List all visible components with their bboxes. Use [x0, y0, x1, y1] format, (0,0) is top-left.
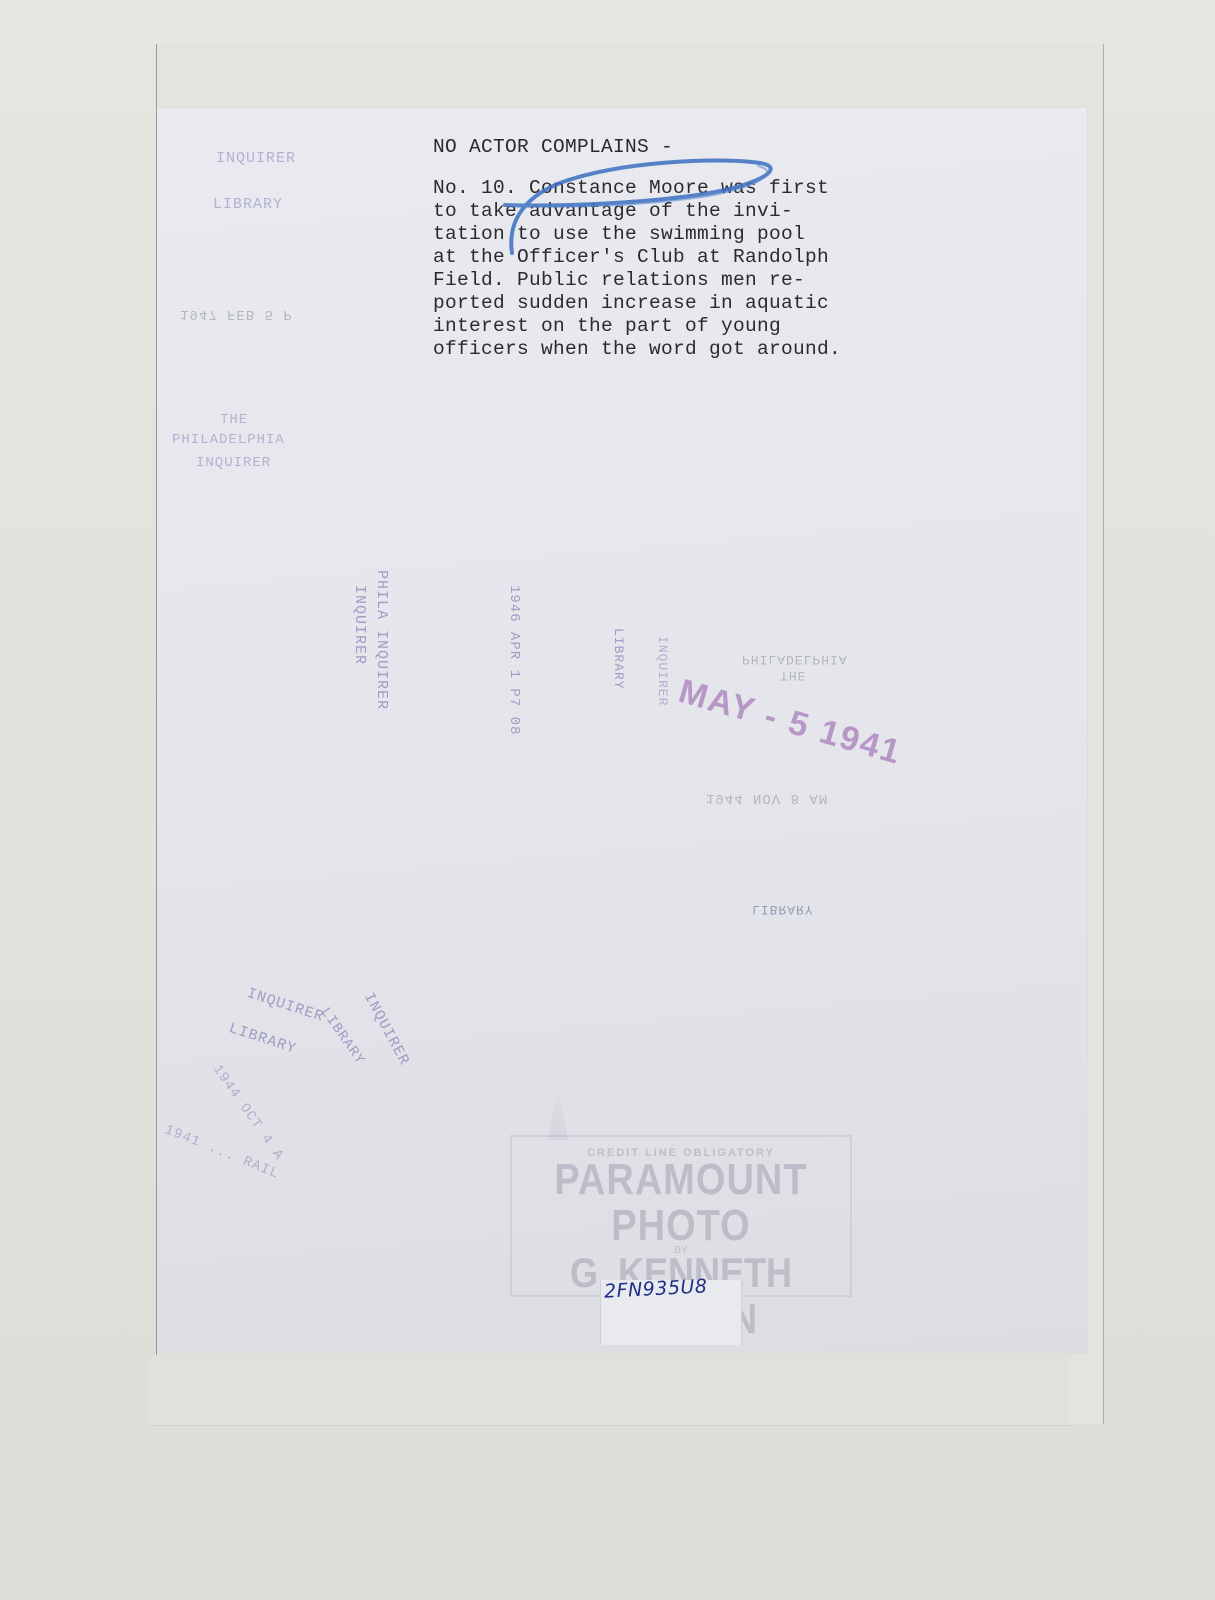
stamp-inquirer-vertical-2: INQUIRER: [655, 636, 670, 706]
stamp-inquirer-vertical: INQUIRER: [351, 585, 368, 665]
stamp-date-1947: 1947 FEB 5 P: [180, 306, 293, 322]
stamp-library-top: LIBRARY: [213, 196, 283, 213]
caption-line: officers when the word got around.: [433, 338, 903, 361]
stamp-library-vertical: LIBRARY: [611, 628, 626, 690]
stamp-inquirer: INQUIRER: [196, 455, 271, 471]
stamp-library-mirrored: LIBRARY: [752, 902, 814, 917]
caption-line: Field. Public relations men re-: [433, 269, 903, 292]
caption-line: ported sudden increase in aquatic: [433, 292, 903, 315]
stamp-date-nov: 1944 NOV 8 AM: [706, 790, 828, 806]
stamp-the-mirrored: THE: [780, 668, 806, 683]
caption-line: to take advantage of the invi-: [433, 200, 903, 223]
stamp-philadelphia-mirrored: PHILADELPHIA: [742, 652, 848, 667]
backing-sheet-bottom-edge: [150, 1355, 1070, 1426]
caption-line: interest on the part of young: [433, 315, 903, 338]
stamp-phila-inquirer-vertical: PHILA INQUIRER: [373, 570, 390, 710]
stamp-philadelphia: PHILADELPHIA: [172, 432, 285, 448]
paramount-title: PARAMOUNT PHOTO: [512, 1157, 850, 1249]
caption-line: at the Officer's Club at Randolph: [433, 246, 903, 269]
stamp-the: THE: [220, 412, 248, 428]
caption-block: NO ACTOR COMPLAINS - No. 10. Constance M…: [433, 136, 903, 361]
caption-line: No. 10. Constance Moore was first: [433, 177, 903, 200]
caption-title: NO ACTOR COMPLAINS -: [433, 136, 903, 159]
caption-line: tation to use the swimming pool: [433, 223, 903, 246]
stamp-inquirer-top: INQUIRER: [216, 150, 296, 167]
stamp-paramount-photo: CREDIT LINE OBLIGATORY PARAMOUNT PHOTO B…: [510, 1135, 852, 1297]
stamp-date-apr: 1946 APR 1 P7 08: [506, 585, 522, 735]
